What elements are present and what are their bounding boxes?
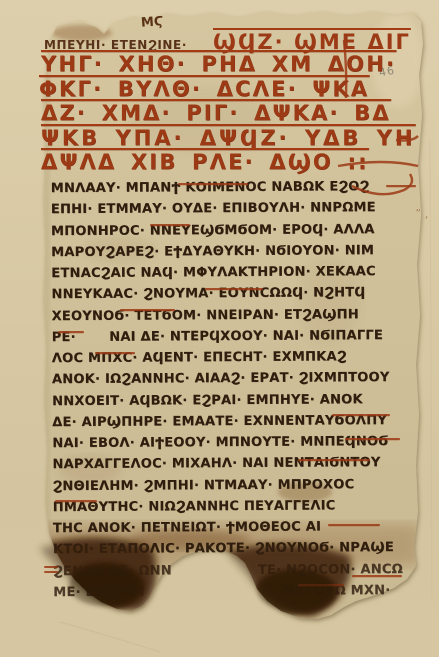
burn-overlay	[40, 540, 349, 614]
manuscript-photo: ΜϚ 46 ΜΠΕΥΗΙ· ΕΤΕΝϨΙΝΕ· ϢϤΖ· ϢΜΕ ΔΙΓ ΥΗΓ…	[0, 0, 439, 657]
ink-marks-overlay	[0, 0, 439, 657]
red-overline-marks	[44, 183, 416, 586]
red-flourishes	[338, 40, 418, 194]
